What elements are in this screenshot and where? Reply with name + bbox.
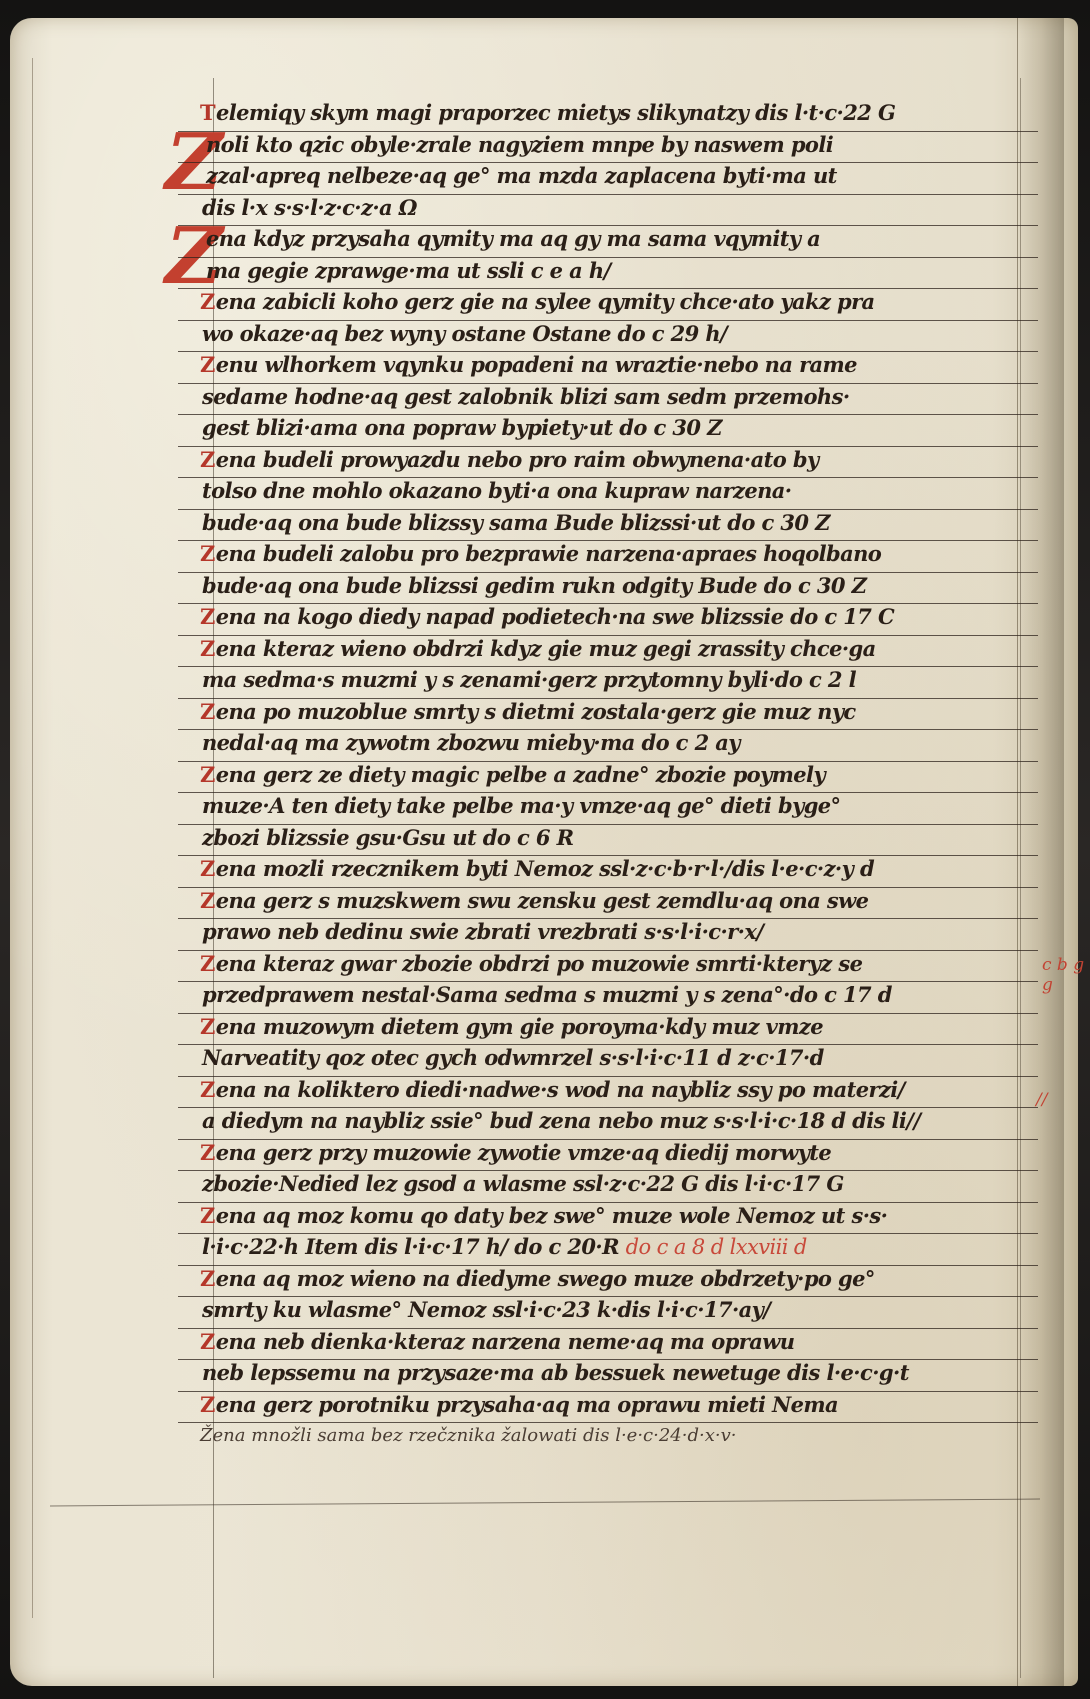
- manuscript-text-block: Telemiqy skym magi praporzec mietys slik…: [178, 100, 1038, 1455]
- rubric-initial: Z: [200, 541, 215, 566]
- line-text: smrty ku wlasme° Nemoz ssl·i·c·23 k·dis …: [202, 1297, 770, 1322]
- rubric-initial: Z: [200, 762, 215, 787]
- rubric-initial: Z: [200, 951, 215, 976]
- text-line: Zena neb dienka·kteraz narzena neme·aq m…: [178, 1329, 1038, 1361]
- text-line: przedprawem nestal·Sama sedma s muzmi y …: [178, 982, 1038, 1014]
- line-text: ena gerz ze diety magic pelbe a zadne° z…: [216, 762, 825, 787]
- text-line: bude·aq ona bude blizssi gedim rukn odgi…: [178, 573, 1038, 605]
- rubric-initial: Z: [200, 352, 215, 377]
- outer-margin-rule: [32, 58, 33, 1618]
- text-line: Zena na kogo diedy napad podietech·na sw…: [178, 604, 1038, 636]
- line-text: noli kto qzic obyle·zrale nagyziem mnpe …: [206, 132, 833, 157]
- text-line: Zena kteraz wieno obdrzi kdyz gie muz ge…: [178, 636, 1038, 668]
- rubric-initial: Z: [200, 636, 215, 661]
- text-line: zbozi blizssie gsu·Gsu ut do c 6 R: [178, 825, 1038, 857]
- line-text: neb lepssemu na przysaze·ma ab bessuek n…: [202, 1360, 909, 1385]
- line-text: ena gerz przy muzowie zywotie vmze·aq di…: [216, 1140, 831, 1165]
- line-text: zzal·apreq nelbeze·aq ge° ma mzda zaplac…: [206, 163, 837, 188]
- text-line: muze·A ten diety take pelbe ma·y vmze·aq…: [178, 793, 1038, 825]
- text-line: Zena budeli prowyazdu nebo pro raim obwy…: [178, 447, 1038, 479]
- text-line: Zena gerz porotniku przysaha·aq ma opraw…: [178, 1392, 1038, 1424]
- text-line: Zena gerz przy muzowie zywotie vmze·aq d…: [178, 1140, 1038, 1172]
- text-line: Zena zabicli koho gerz gie na sylee qymi…: [178, 289, 1038, 321]
- line-text: bude·aq ona bude blizssi gedim rukn odgi…: [202, 573, 866, 598]
- line-text: elemiqy skym magi praporzec mietys sliky…: [216, 100, 895, 125]
- line-text: gest blizi·ama ona popraw bypiety·ut do …: [202, 415, 722, 440]
- later-hand-addition: Žena množli sama bez rzečznika žalowati …: [178, 1423, 1038, 1455]
- text-line: Zena aq moz komu qo daty bez swe° muze w…: [178, 1203, 1038, 1235]
- text-line: smrty ku wlasme° Nemoz ssl·i·c·23 k·dis …: [178, 1297, 1038, 1329]
- line-text: ena neb dienka·kteraz narzena neme·aq ma…: [216, 1329, 795, 1354]
- text-line: Telemiqy skym magi praporzec mietys slik…: [178, 100, 1038, 132]
- rubric-initial: Z: [200, 1392, 215, 1417]
- text-line: neb lepssemu na przysaze·ma ab bessuek n…: [178, 1360, 1038, 1392]
- text-line: wo okaze·aq bez wyny ostane Ostane do c …: [178, 321, 1038, 353]
- line-text: przedprawem nestal·Sama sedma s muzmi y …: [202, 982, 892, 1007]
- rubric-initial: Z: [200, 1077, 215, 1102]
- line-text: dis l·x s·s·l·z·c·z·a Ω: [202, 195, 417, 220]
- line-text: ma gegie zprawge·ma ut ssli c e a h/: [206, 258, 611, 283]
- text-line: ma gegie zprawge·ma ut ssli c e a h/: [178, 258, 1038, 290]
- line-text: ena budeli zalobu pro bezprawie narzena·…: [216, 541, 881, 566]
- margin-note: //: [1036, 1090, 1047, 1110]
- line-text: ena aq moz wieno na diedyme swego muze o…: [216, 1266, 875, 1291]
- rubric-initial: Z: [200, 604, 215, 629]
- text-line: bude·aq ona bude blizssy sama Bude blizs…: [178, 510, 1038, 542]
- rubric-initial: Z: [200, 1140, 215, 1165]
- line-text: zbozie·Nedied lez gsod a wlasme ssl·z·c·…: [202, 1171, 844, 1196]
- rubric-initial: T: [200, 100, 215, 125]
- text-line: Zena kteraz gwar zbozie obdrzi po muzowi…: [178, 951, 1038, 983]
- line-text: l·i·c·22·h Item dis l·i·c·17 h/ do c 20·…: [202, 1234, 619, 1259]
- text-line: Zena na koliktero diedi·nadwe·s wod na n…: [178, 1077, 1038, 1109]
- line-text: ena kteraz gwar zbozie obdrzi po muzowie…: [216, 951, 863, 976]
- text-line: noli kto qzic obyle·zrale nagyziem mnpe …: [178, 132, 1038, 164]
- line-text: ena mozli rzecznikem byti Nemoz ssl·z·c·…: [216, 856, 874, 881]
- line-text: ma sedma·s muzmi y s zenami·gerz przytom…: [202, 667, 856, 692]
- line-text: wo okaze·aq bez wyny ostane Ostane do c …: [202, 321, 727, 346]
- line-text: tolso dne mohlo okazano byti·a ona kupra…: [202, 478, 791, 503]
- rubric-initial: Z: [200, 888, 215, 913]
- text-line: Zena aq moz wieno na diedyme swego muze …: [178, 1266, 1038, 1298]
- line-text: ena po muzoblue smrty s dietmi zostala·g…: [216, 699, 856, 724]
- line-text: ena zabicli koho gerz gie na sylee qymit…: [216, 289, 875, 314]
- line-text: nedal·aq ma zywotm zbozwu mieby·ma do c …: [202, 730, 740, 755]
- line-text: sedame hodne·aq gest zalobnik blizi sam …: [202, 384, 850, 409]
- rubric-initial: Z: [200, 1014, 215, 1039]
- text-line: Zenu wlhorkem vqynku popadeni na wraztie…: [178, 352, 1038, 384]
- text-line: tolso dne mohlo okazano byti·a ona kupra…: [178, 478, 1038, 510]
- rubric-initial: Z: [200, 1329, 215, 1354]
- line-text: Narveatity qoz otec gych odwmrzel s·s·l·…: [202, 1045, 824, 1070]
- line-text: ena na kogo diedy napad podietech·na swe…: [216, 604, 894, 629]
- line-text: ena kteraz wieno obdrzi kdyz gie muz geg…: [216, 636, 876, 661]
- line-text: ena gerz porotniku przysaha·aq ma oprawu…: [216, 1392, 838, 1417]
- line-text: ena budeli prowyazdu nebo pro raim obwyn…: [216, 447, 819, 472]
- line-text: a diedym na naybliz ssie° bud zena nebo …: [202, 1108, 920, 1133]
- text-line: Zena mozli rzecznikem byti Nemoz ssl·z·c…: [178, 856, 1038, 888]
- text-line: zzal·apreq nelbeze·aq ge° ma mzda zaplac…: [178, 163, 1038, 195]
- text-line: Zena muzowym dietem gym gie poroyma·kdy …: [178, 1014, 1038, 1046]
- text-line: zbozie·Nedied lez gsod a wlasme ssl·z·c·…: [178, 1171, 1038, 1203]
- text-line: Zena budeli zalobu pro bezprawie narzena…: [178, 541, 1038, 573]
- margin-note: c b g g: [1042, 955, 1090, 995]
- line-text: prawo neb dedinu swie zbrati vrezbrati s…: [202, 919, 763, 944]
- text-line: Narveatity qoz otec gych odwmrzel s·s·l·…: [178, 1045, 1038, 1077]
- line-text: ena muzowym dietem gym gie poroyma·kdy m…: [216, 1014, 823, 1039]
- rubric-initial: Z: [200, 289, 215, 314]
- rubric-initial: Z: [200, 699, 215, 724]
- text-line: dis l·x s·s·l·z·c·z·a Ω: [178, 195, 1038, 227]
- line-text: ena na koliktero diedi·nadwe·s wod na na…: [216, 1077, 905, 1102]
- bottom-ruling-line: [50, 1499, 1040, 1507]
- line-text: bude·aq ona bude blizssy sama Bude blizs…: [202, 510, 830, 535]
- text-line: ena kdyz przysaha qymity ma aq gy ma sam…: [178, 226, 1038, 258]
- line-text: ena aq moz komu qo daty bez swe° muze wo…: [216, 1203, 888, 1228]
- text-line: Zena po muzoblue smrty s dietmi zostala·…: [178, 699, 1038, 731]
- line-text: muze·A ten diety take pelbe ma·y vmze·aq…: [202, 793, 840, 818]
- line-text: Žena množli sama bez rzečznika žalowati …: [200, 1425, 737, 1446]
- text-line: nedal·aq ma zywotm zbozwu mieby·ma do c …: [178, 730, 1038, 762]
- text-line: Zena gerz ze diety magic pelbe a zadne° …: [178, 762, 1038, 794]
- text-line: prawo neb dedinu swie zbrati vrezbrati s…: [178, 919, 1038, 951]
- rubric-initial: Z: [200, 1266, 215, 1291]
- red-rubric-note: do c a 8 d lxxviii d: [626, 1235, 807, 1259]
- line-text: zbozi blizssie gsu·Gsu ut do c 6 R: [202, 825, 573, 850]
- line-text: ena gerz s muzskwem swu zensku gest zemd…: [216, 888, 869, 913]
- text-line: l·i·c·22·h Item dis l·i·c·17 h/ do c 20·…: [178, 1234, 1038, 1266]
- line-text: ena kdyz przysaha qymity ma aq gy ma sam…: [206, 226, 820, 251]
- text-line: sedame hodne·aq gest zalobnik blizi sam …: [178, 384, 1038, 416]
- rubric-initial: Z: [200, 1203, 215, 1228]
- line-text: enu wlhorkem vqynku popadeni na wraztie·…: [216, 352, 857, 377]
- text-line: ma sedma·s muzmi y s zenami·gerz przytom…: [178, 667, 1038, 699]
- rubric-initial: Z: [200, 447, 215, 472]
- text-line: a diedym na naybliz ssie° bud zena nebo …: [178, 1108, 1038, 1140]
- text-line: gest blizi·ama ona popraw bypiety·ut do …: [178, 415, 1038, 447]
- text-line: Zena gerz s muzskwem swu zensku gest zem…: [178, 888, 1038, 920]
- rubric-initial: Z: [200, 856, 215, 881]
